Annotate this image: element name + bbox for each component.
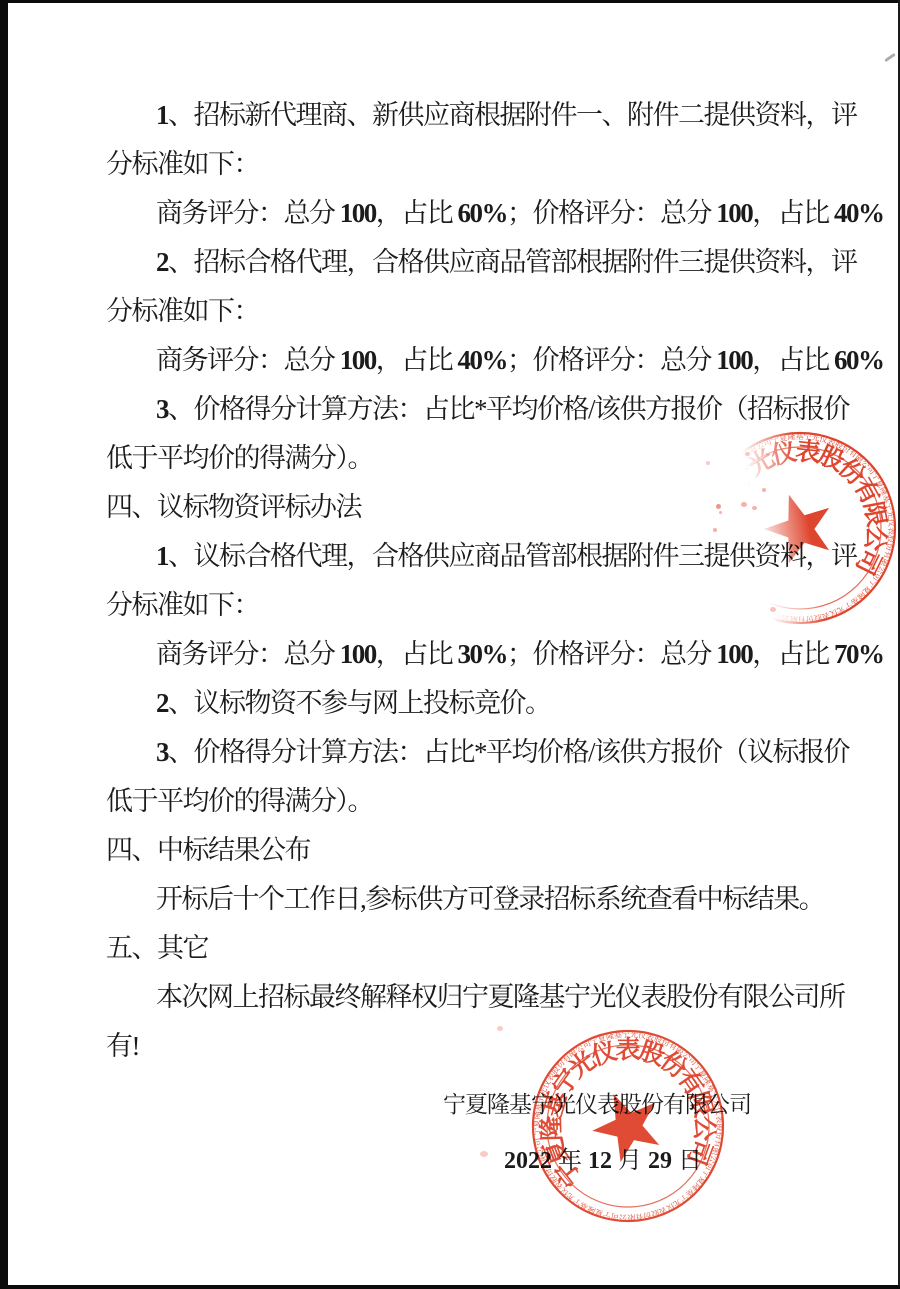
body-line: 2、招标合格代理，合格供应商品管部根据附件三提供资料，评 (106, 238, 836, 287)
body-line: 2、议标物资不参与网上投标竞价。 (106, 679, 836, 728)
ink-speck (713, 528, 717, 532)
body-line: 商务评分：总分 100，占比 30%；价格评分：总分 100，占比 70% (106, 630, 836, 679)
ink-speck (762, 488, 766, 492)
ink-speck (745, 452, 750, 456)
body-line: 分标准如下： (106, 581, 836, 630)
scan-artifact-mark (884, 53, 896, 62)
ink-speck (480, 1151, 488, 1157)
ink-speck (770, 607, 776, 612)
signature-company-name: 宁夏隆基宁光仪表股份有限公司 (443, 1086, 751, 1119)
body-line: 3、价格得分计算方法：占比*平均价格/该供方报价（议标报价 (106, 728, 836, 777)
body-line: 低于平均价的得满分）。 (106, 777, 836, 826)
body-line: 本次网上招标最终解释权归宁夏隆基宁光仪表股份有限公司所 (106, 973, 836, 1022)
signature-date: 2022 年 12 月 29 日 (504, 1140, 702, 1175)
body-line: 1、议标合格代理，合格供应商品管部根据附件三提供资料，评 (106, 532, 836, 581)
body-line: 开标后十个工作日,参标供方可登录招标系统查看中标结果。 (106, 875, 836, 924)
body-line: 商务评分：总分 100，占比 60%；价格评分：总分 100，占比 40% (106, 189, 836, 238)
ink-speck (752, 506, 757, 510)
body-line: 3、价格得分计算方法：占比*平均价格/该供方报价（招标报价 (106, 385, 836, 434)
section-heading: 四、中标结果公布 (106, 826, 836, 875)
scan-border-top (0, 0, 900, 3)
body-line: 1、招标新代理商、新供应商根据附件一、附件二提供资料，评 (106, 91, 836, 140)
scanned-document-page: 1、招标新代理商、新供应商根据附件一、附件二提供资料，评 分标准如下： 商务评分… (0, 0, 900, 1289)
body-line: 商务评分：总分 100，占比 40%；价格评分：总分 100，占比 60% (106, 336, 836, 385)
scan-border-left (0, 0, 8, 1289)
ink-speck (741, 502, 747, 507)
ink-speck (719, 511, 722, 514)
section-heading: 五、其它 (106, 924, 836, 973)
ink-speck (497, 1026, 503, 1031)
ink-speck (706, 461, 710, 465)
body-line: 有! (106, 1022, 836, 1071)
body-line: 分标准如下： (106, 140, 836, 189)
ink-speck (716, 504, 721, 509)
scan-border-bottom (0, 1285, 900, 1289)
body-line: 低于平均价的得满分）。 (106, 434, 836, 483)
section-heading: 四、议标物资评标办法 (106, 483, 836, 532)
body-line: 分标准如下： (106, 287, 836, 336)
document-body: 1、招标新代理商、新供应商根据附件一、附件二提供资料，评 分标准如下： 商务评分… (106, 91, 836, 1071)
